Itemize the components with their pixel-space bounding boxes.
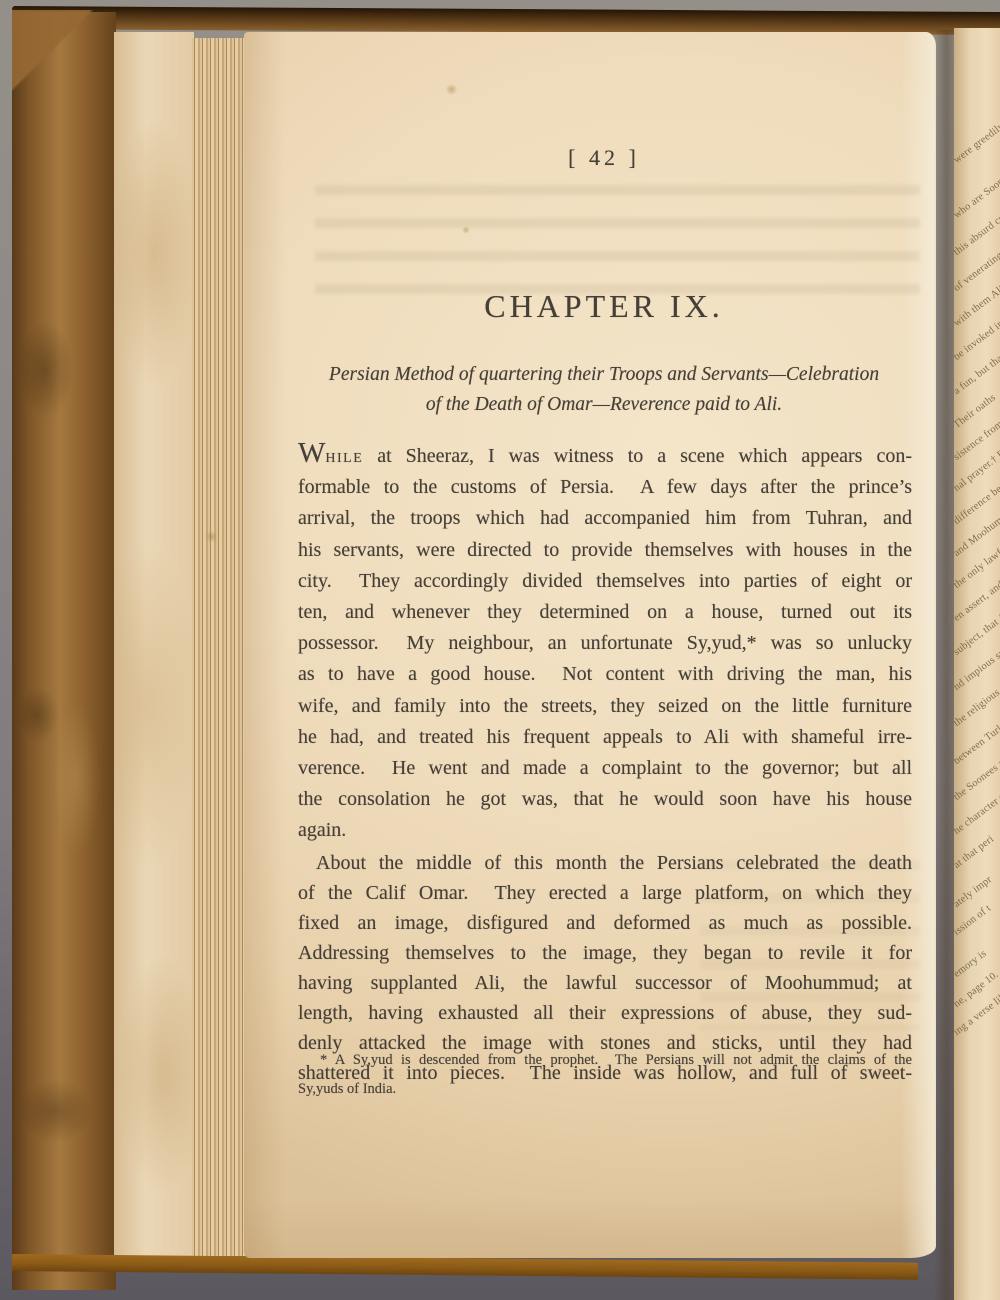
chapter-subtitle: Persian Method of quartering their Troop…: [278, 360, 930, 420]
footnote: * A Sy,yud is descended from the prophet…: [298, 1046, 912, 1104]
body-line: of the Calif Omar. They erected a large …: [298, 878, 912, 908]
body-line: the consolation he got was, that he woul…: [298, 784, 912, 815]
body-line: wife, and family into the streets, they …: [298, 691, 912, 722]
body-line: While at Sheeraz, I was witness to a sce…: [298, 438, 912, 472]
body-line: fixed an image, disfigured and deformed …: [298, 908, 912, 938]
paragraph: While at Sheeraz, I was witness to a sce…: [298, 438, 912, 847]
body-line: ten, and whenever they determined on a h…: [298, 597, 912, 628]
body-line: About the middle of this month the Persi…: [298, 848, 912, 878]
body-line-text: at Sheeraz, I was witness to a scene whi…: [363, 445, 912, 467]
opening-small-caps: hile: [325, 445, 363, 467]
body-line: again.: [298, 815, 912, 846]
page-number: [ 42 ]: [298, 145, 910, 171]
body-line: city. They accordingly divided themselve…: [298, 566, 912, 597]
book-scan-photo: were greedily de who are Soon this absur…: [0, 0, 1000, 1300]
chapter-subtitle-line: Persian Method of quartering their Troop…: [278, 360, 930, 390]
body-line: his servants, were directed to provide t…: [298, 535, 912, 566]
body-line: possessor. My neighbour, an unfortunate …: [298, 628, 912, 659]
body-line: formable to the customs of Persia. A few…: [298, 472, 912, 503]
body-line: Addressing themselves to the image, they…: [298, 938, 912, 968]
footnote-line: Sy,yuds of India.: [298, 1075, 912, 1104]
chapter-subtitle-line: of the Death of Omar—Reverence paid to A…: [278, 390, 930, 420]
footnote-line: * A Sy,yud is descended from the prophet…: [298, 1046, 912, 1075]
opening-initial: W: [298, 437, 325, 469]
printed-text-layer: [ 42 ] CHAPTER IX. Persian Method of qua…: [0, 0, 1000, 1300]
body-line: length, having exhausted all their expre…: [298, 998, 912, 1028]
body-text: While at Sheeraz, I was witness to a sce…: [298, 438, 912, 1088]
body-line: he had, and treated his frequent appeals…: [298, 722, 912, 753]
body-line: verence. He went and made a complaint to…: [298, 753, 912, 784]
body-line: as to have a good house. Not content wit…: [298, 659, 912, 690]
body-line: having supplanted Ali, the lawful succes…: [298, 968, 912, 998]
chapter-heading: CHAPTER IX.: [298, 288, 910, 325]
body-line: arrival, the troops which had accompanie…: [298, 503, 912, 534]
